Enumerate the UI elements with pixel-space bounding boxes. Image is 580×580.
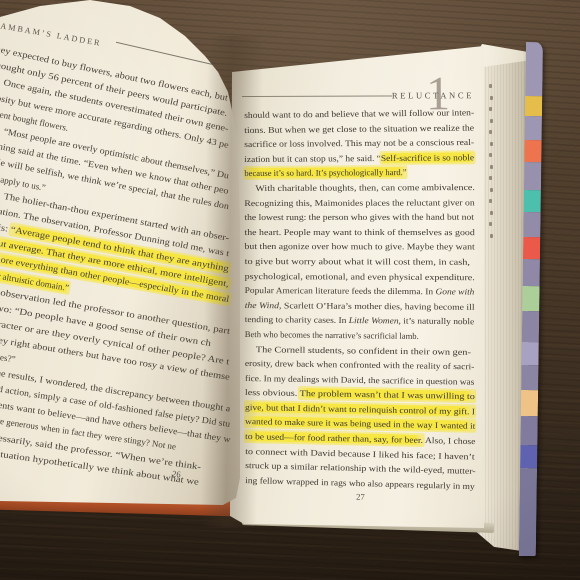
edge-mark bbox=[490, 165, 493, 169]
text-line: to give but worry about what it will cos… bbox=[245, 256, 475, 271]
cover-stripe bbox=[523, 237, 540, 259]
text-line: the heart. People may want to think of t… bbox=[244, 227, 474, 242]
cover-stripe bbox=[523, 259, 540, 286]
cover-stripe bbox=[525, 42, 543, 96]
cover-stripe bbox=[521, 390, 538, 416]
cover-stripe bbox=[522, 286, 539, 311]
cover-stripe bbox=[523, 212, 540, 237]
highlighted-text: The problem wasn’t that I was unwilling … bbox=[300, 388, 475, 401]
text-line: but then agonize over how much to give. … bbox=[245, 241, 475, 256]
text-line: With charitable thoughts, then, can come… bbox=[244, 182, 474, 198]
header-rule bbox=[242, 95, 392, 97]
edge-mark bbox=[490, 211, 493, 215]
right-page-text: should want to do and believe that we wi… bbox=[244, 109, 475, 489]
right-page: 1 RELUCTANCE should want to do and belie… bbox=[230, 46, 484, 528]
chapter-header: 1 RELUCTANCE bbox=[244, 83, 474, 108]
cover-stripe bbox=[524, 162, 541, 190]
text-line: psychological, emotional, and even physi… bbox=[245, 271, 475, 287]
edge-mark bbox=[490, 142, 493, 146]
text-line: Popular American literature feeds the di… bbox=[245, 285, 475, 301]
photo-of-open-book: 1 RELUCTANCE should want to do and belie… bbox=[0, 0, 580, 580]
highlighted-text: because it’s so hard. It’s psychological… bbox=[244, 167, 406, 178]
edge-mark bbox=[489, 222, 492, 226]
edge-mark bbox=[490, 188, 493, 192]
edge-mark bbox=[489, 130, 492, 134]
edge-mark bbox=[490, 119, 493, 123]
edge-mark bbox=[489, 176, 492, 180]
running-head-right: RELUCTANCE bbox=[392, 90, 474, 100]
text-line: because it’s so hard. It’s psychological… bbox=[244, 167, 474, 183]
cover-stripe bbox=[525, 116, 542, 140]
edge-mark bbox=[489, 153, 492, 157]
cover-stripe bbox=[521, 365, 538, 390]
cover-stripe bbox=[525, 96, 542, 116]
text-line: the lowest rung: the person who gives wi… bbox=[244, 212, 474, 227]
edge-mark bbox=[490, 234, 493, 238]
left-page-text: they expected to buy flowers, about two … bbox=[0, 43, 240, 464]
cover-stripe bbox=[521, 342, 538, 365]
edge-mark bbox=[489, 84, 492, 88]
cover-stripe bbox=[524, 190, 541, 212]
cover-stripe bbox=[519, 468, 537, 556]
cover-stripe bbox=[522, 311, 539, 342]
cover-stripe bbox=[520, 445, 537, 468]
highlighted-text: Self-sacrifice is so noble bbox=[381, 152, 474, 163]
cover-stripe bbox=[524, 140, 541, 162]
edge-mark bbox=[489, 107, 492, 111]
text-line: Recognizing this, Maimonides places the … bbox=[244, 197, 474, 212]
cover-stripe bbox=[520, 416, 537, 445]
text-line: sacrifice or loss involved. This may not… bbox=[244, 137, 474, 154]
edge-mark bbox=[490, 96, 493, 100]
left-page: RAMBAM’S LADDER they expected to buy flo… bbox=[0, 0, 246, 510]
edge-mark bbox=[489, 199, 492, 203]
